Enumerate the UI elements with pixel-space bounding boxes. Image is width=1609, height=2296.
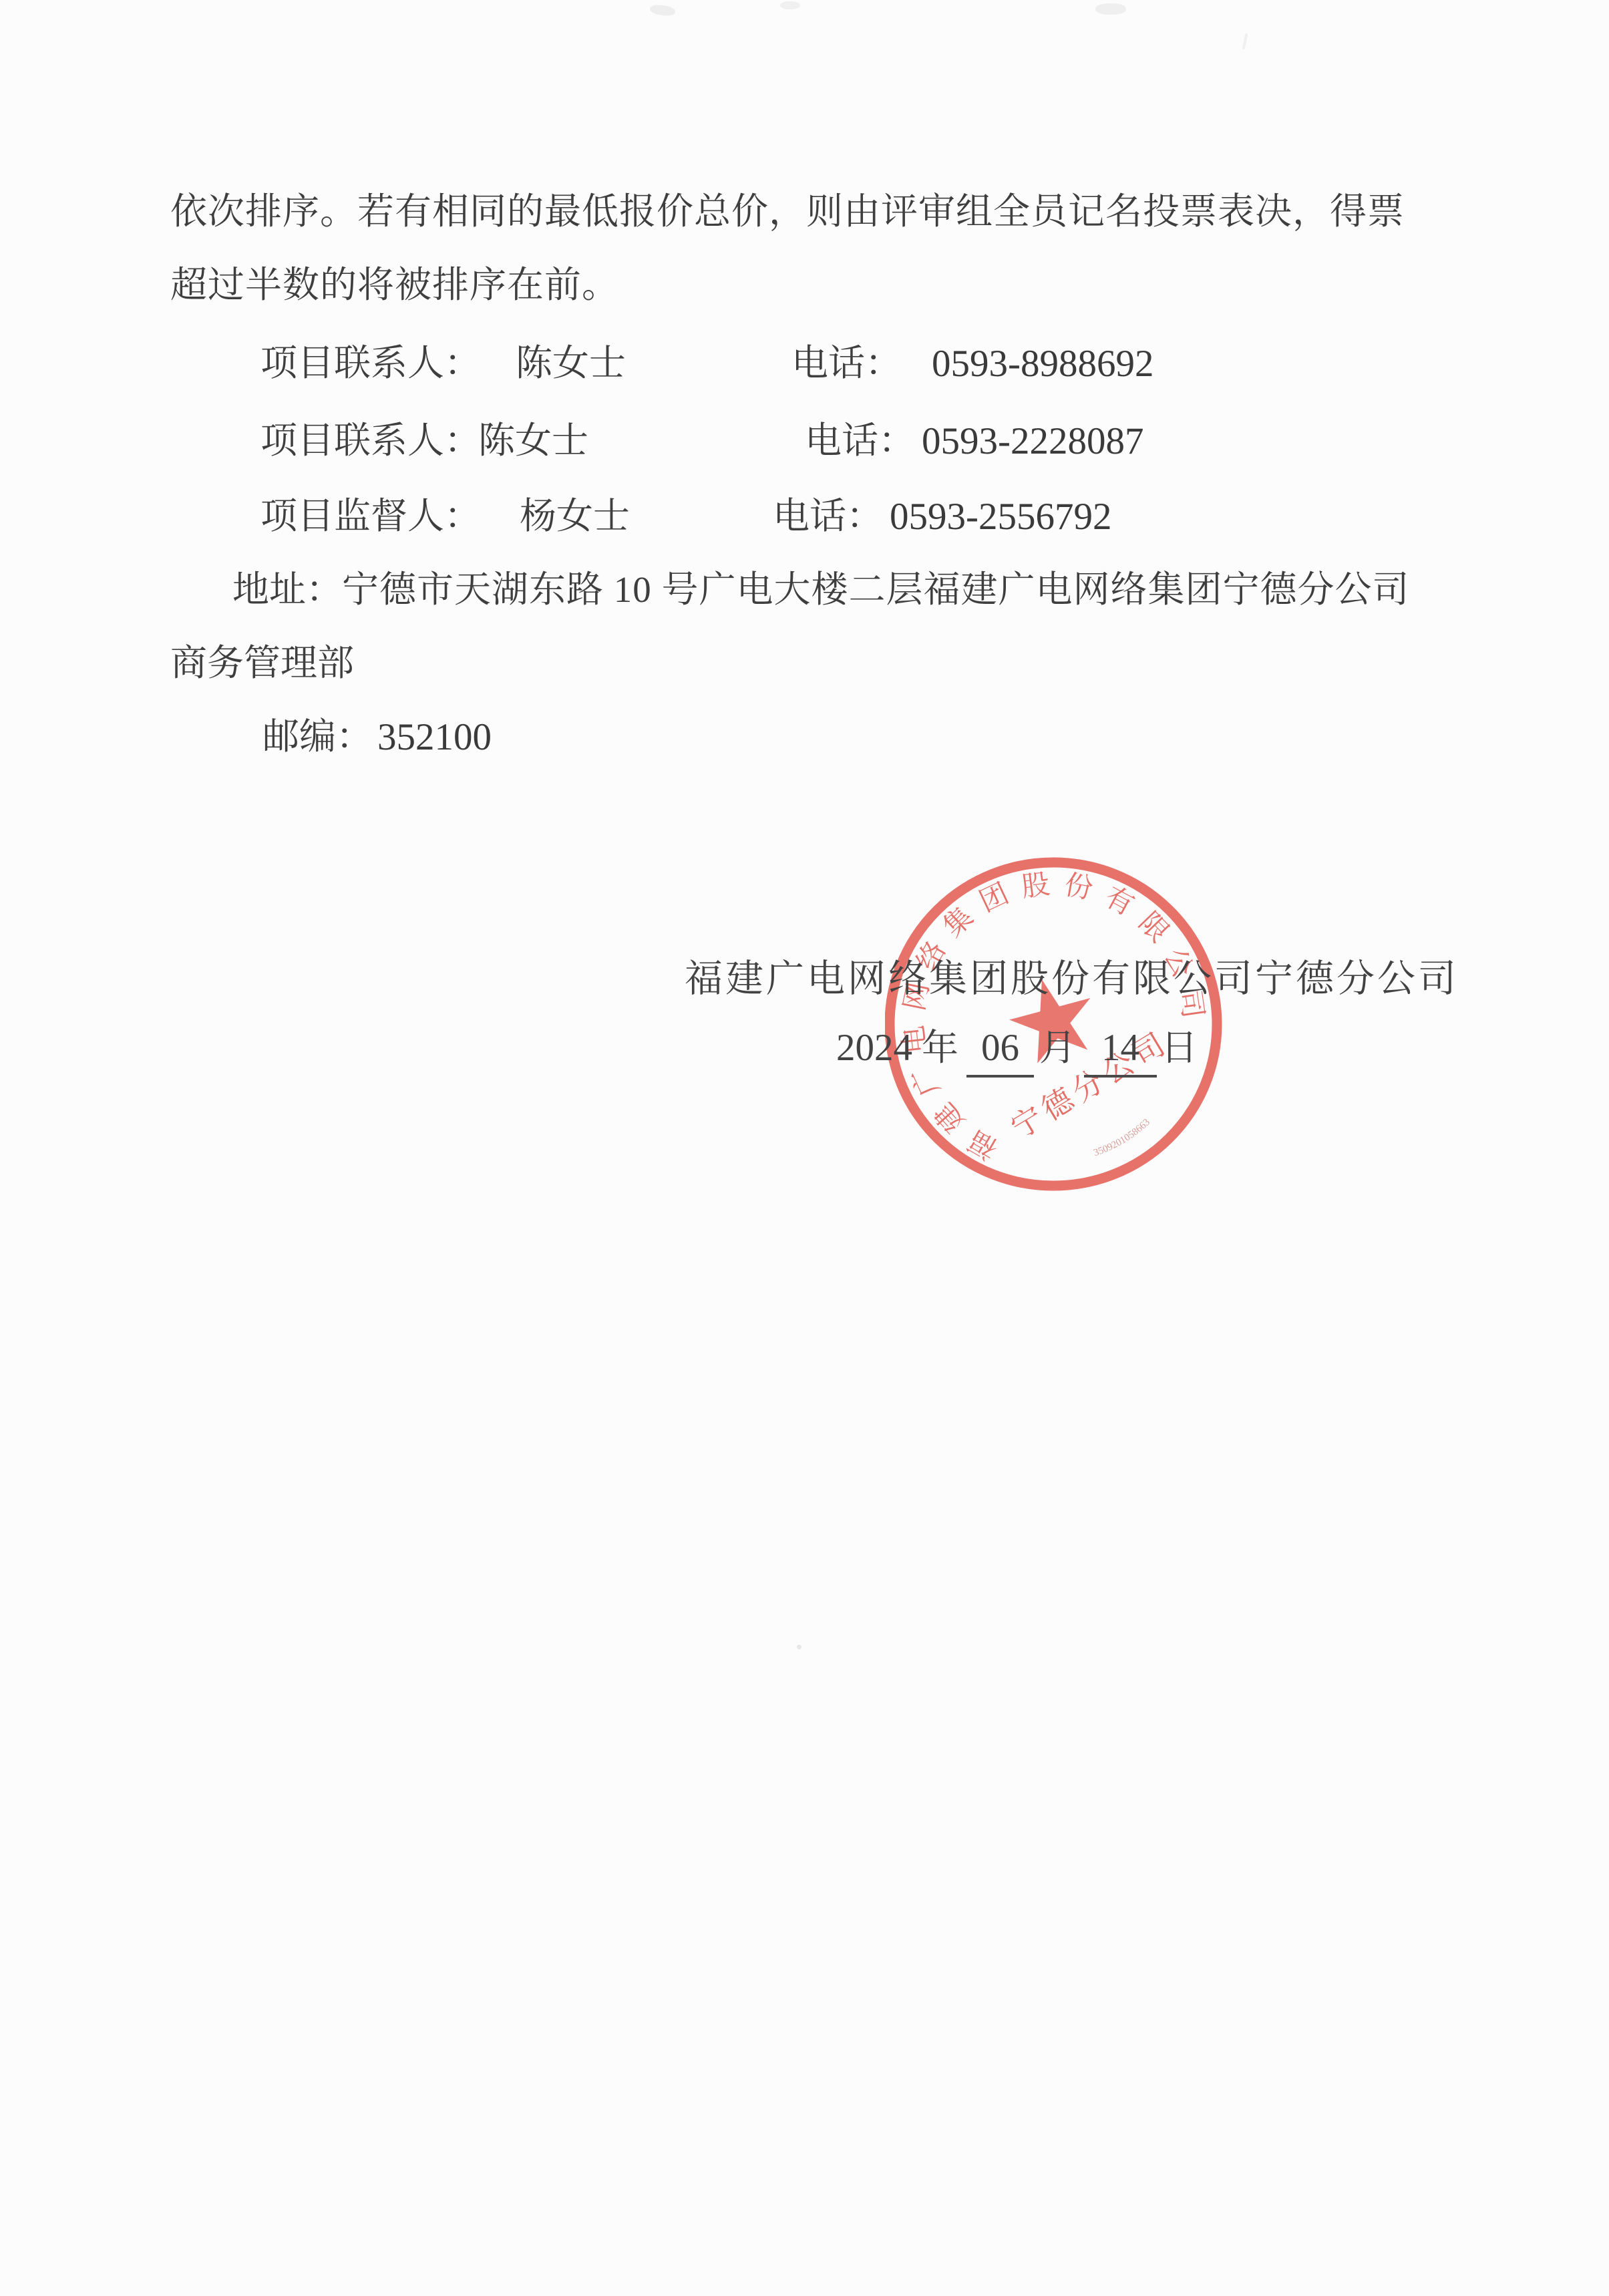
phone-label: 电话：: [805, 422, 915, 459]
address-text-2: 商务管理部: [170, 645, 354, 681]
postal-label: 邮编：: [262, 718, 373, 755]
signature-date: 2024 年 06 月 14 日: [836, 1026, 1198, 1078]
phone-label: 电话：: [773, 498, 883, 534]
address-text: 宁德市天湖东路 10 号广电大楼二层福建广电网络集团宁德分公司: [342, 571, 1410, 608]
contact-name: 陈女士: [478, 422, 588, 459]
postal-row: 邮编： 352100: [0, 718, 1609, 765]
phone-label: 电话：: [791, 345, 902, 381]
phone-number: 0593-2556792: [890, 498, 1111, 536]
scan-artifact: [1095, 3, 1126, 15]
address-row: 地址： 宁德市天湖东路 10 号广电大楼二层福建广电网络集团宁德分公司: [0, 571, 1609, 618]
paragraph-line-2: 超过半数的将被排序在前。: [170, 267, 619, 303]
document-page: 福建广电网络集团股份有限公司 宁德分公司 3509201058663 依次排序。…: [0, 0, 1609, 2296]
contact-label: 项目联系人：: [260, 422, 481, 459]
contact-row: 项目联系人： 陈女士 电话： 0593-2228087: [0, 422, 1609, 469]
date-year-char: 年: [922, 1029, 958, 1066]
postal-code: 352100: [377, 718, 492, 756]
scan-artifact: [797, 1645, 801, 1649]
scan-artifact: [780, 1, 800, 9]
address-label: 地址：: [232, 571, 343, 608]
date-month: 06: [966, 1026, 1034, 1078]
contact-row: 项目联系人： 陈女士 电话： 0593-8988692: [0, 345, 1609, 391]
signature-company: 福建广电网络集团股份有限公司宁德分公司: [685, 948, 1459, 1003]
contact-label: 项目联系人：: [260, 345, 481, 381]
official-seal: 福建广电网络集团股份有限公司 宁德分公司 3509201058663: [885, 857, 1222, 1191]
date-day: 14: [1084, 1026, 1157, 1078]
scan-artifact: [649, 3, 676, 17]
contact-name: 陈女士: [516, 345, 626, 381]
phone-number: 0593-2228087: [922, 422, 1143, 460]
contact-label: 项目监督人：: [260, 498, 481, 534]
date-year: 2024: [836, 1026, 912, 1070]
contact-row: 项目监督人： 杨女士 电话： 0593-2556792: [0, 498, 1609, 544]
phone-number: 0593-8988692: [932, 345, 1153, 383]
date-day-char: 日: [1161, 1029, 1198, 1066]
date-month-char: 月: [1039, 1029, 1076, 1066]
contact-name: 杨女士: [520, 498, 630, 534]
paragraph-line-1: 依次排序。若有相同的最低报价总价，则由评审组全员记名投票表决，得票: [170, 193, 1405, 230]
scan-artifact: [1242, 33, 1248, 49]
